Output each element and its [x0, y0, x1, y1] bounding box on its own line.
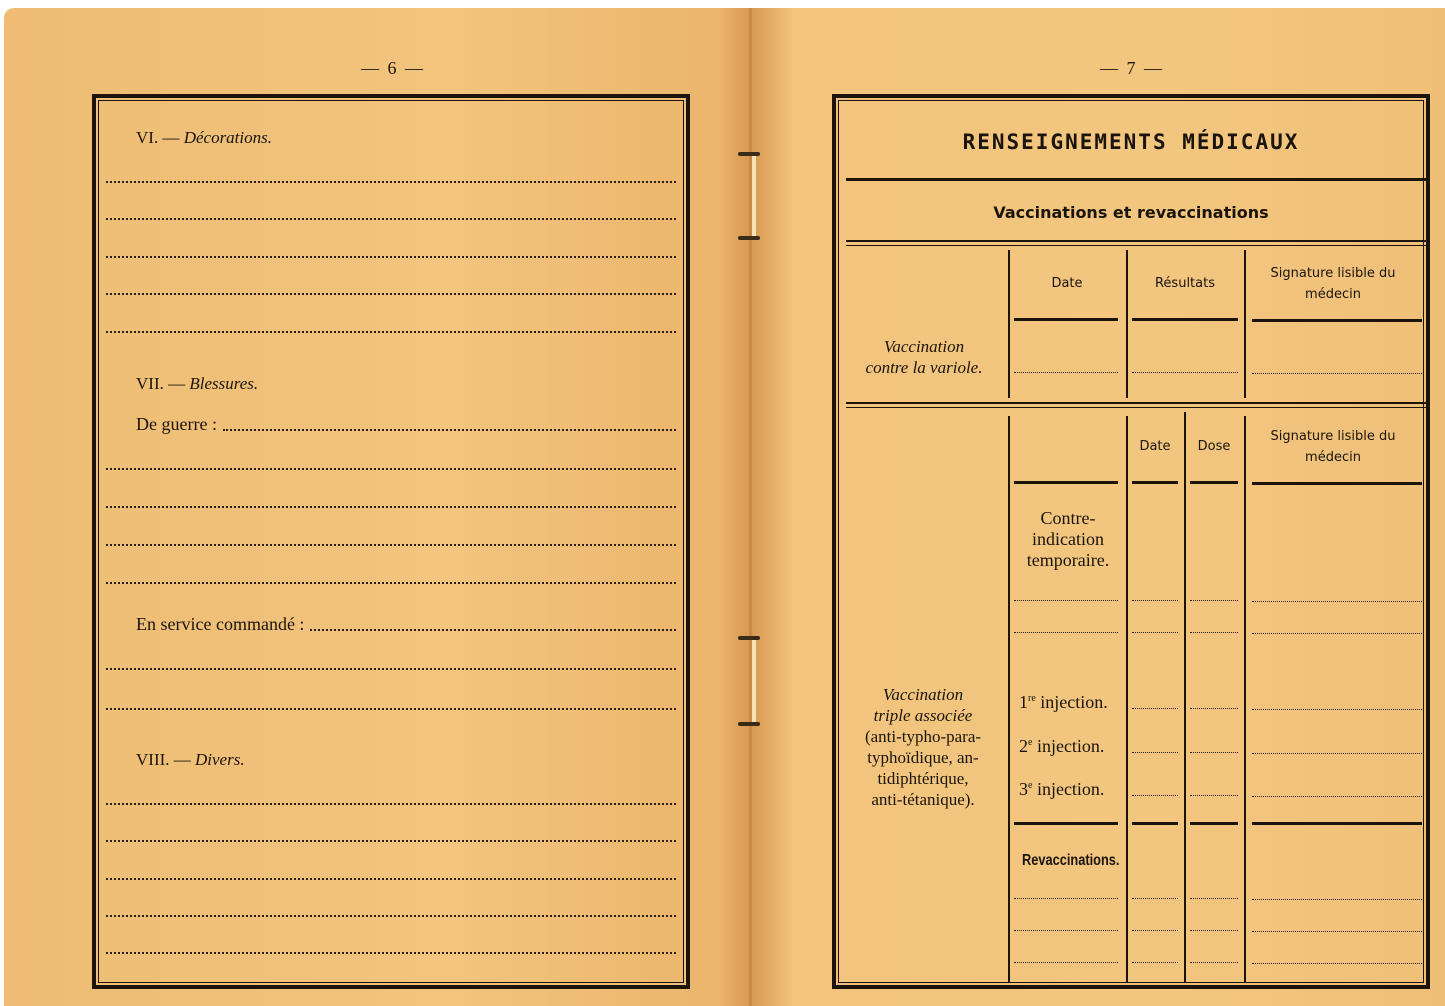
binding-stitch-icon — [738, 636, 760, 640]
row-label-line: Vaccination — [844, 336, 1004, 357]
section-blessures: VII. — Blessures. — [136, 374, 258, 394]
table-divider — [846, 407, 1426, 408]
section-decorations: VI. — Décorations. — [136, 128, 272, 148]
column-divider — [1244, 250, 1246, 398]
column-header-dose: Dose — [1186, 436, 1242, 457]
entry-line[interactable] — [1132, 600, 1178, 601]
header-underline — [1132, 318, 1238, 321]
revaccination-entry[interactable] — [1252, 963, 1422, 964]
entry-line[interactable] — [1014, 600, 1118, 601]
section-underline — [1014, 822, 1118, 825]
revaccination-entry[interactable] — [1014, 898, 1118, 899]
section-number: VII. — — [136, 374, 185, 393]
label-line: temporaire. — [1012, 550, 1124, 571]
section-number: VIII. — — [136, 750, 191, 769]
revaccination-entry[interactable] — [1014, 962, 1118, 963]
variole-signature-entry[interactable] — [1252, 373, 1422, 374]
section-underline — [1132, 822, 1178, 825]
revaccination-entry[interactable] — [1132, 962, 1178, 963]
injection-text: injection. — [1037, 736, 1104, 756]
header-underline — [1014, 481, 1118, 484]
en-service-commande-label: En service commandé : — [136, 614, 304, 635]
label-line: typhoïdique, an- — [840, 747, 1006, 768]
header-underline — [1252, 482, 1422, 485]
de-guerre-label: De guerre : — [136, 414, 217, 435]
section-label: Divers. — [195, 750, 245, 769]
revaccination-entry[interactable] — [1252, 931, 1422, 932]
table-divider — [846, 402, 1426, 404]
triple-vaccination-label: Vaccination triple associée (anti-typho-… — [840, 684, 1006, 810]
column-divider — [1008, 250, 1010, 398]
writing-line[interactable] — [106, 803, 676, 805]
column-divider — [1184, 412, 1186, 982]
revaccination-entry[interactable] — [1252, 899, 1422, 900]
injection-1-label: 1re injection. — [1019, 692, 1108, 713]
binding-stitch-icon — [738, 236, 760, 240]
header-underline — [1014, 318, 1118, 321]
section-label: Décorations. — [184, 128, 272, 147]
writing-line[interactable] — [106, 544, 676, 546]
injection-1-dose[interactable] — [1190, 708, 1238, 709]
row-label-line: contre la variole. — [844, 357, 1004, 378]
section-underline — [1252, 822, 1422, 825]
subtitle-divider — [846, 240, 1426, 242]
revaccination-entry[interactable] — [1132, 898, 1178, 899]
binding-thread — [752, 640, 756, 722]
column-divider — [1244, 416, 1246, 982]
section-subtitle: Vaccinations et revaccinations — [836, 203, 1426, 222]
label-line: triple associée — [840, 705, 1006, 726]
writing-line[interactable] — [106, 331, 676, 333]
injection-2-label: 2e injection. — [1019, 736, 1104, 757]
ordinal-suffix: e — [1028, 737, 1032, 748]
label-line: indication — [1012, 529, 1124, 550]
revaccination-entry[interactable] — [1132, 930, 1178, 931]
section-number: VI. — — [136, 128, 179, 147]
writing-line[interactable] — [106, 878, 676, 880]
subtitle-divider — [846, 245, 1426, 246]
revaccination-entry[interactable] — [1014, 930, 1118, 931]
writing-line[interactable] — [106, 506, 676, 508]
variole-date-entry[interactable] — [1014, 372, 1118, 373]
revaccination-entry[interactable] — [1190, 898, 1238, 899]
section-underline — [1190, 822, 1238, 825]
column-header-signature: Signature lisible du médecin — [1250, 263, 1416, 305]
label-line: Contre- — [1012, 508, 1124, 529]
injection-2-signature[interactable] — [1252, 753, 1422, 754]
writing-line[interactable] — [106, 256, 676, 258]
column-header-date: Date — [1012, 273, 1122, 294]
writing-line[interactable] — [106, 840, 676, 842]
variole-row-label: Vaccination contre la variole. — [844, 336, 1004, 378]
injection-number: 1 — [1019, 692, 1028, 712]
header-underline — [1132, 481, 1178, 484]
entry-line[interactable] — [1190, 632, 1238, 633]
revaccinations-label: Revaccinations. — [1022, 852, 1119, 870]
writing-line[interactable] — [106, 952, 676, 954]
column-divider — [1126, 416, 1128, 982]
injection-2-date[interactable] — [1132, 752, 1178, 753]
writing-line[interactable] — [106, 218, 676, 220]
label-line: anti-tétanique). — [840, 789, 1006, 810]
writing-line[interactable] — [106, 708, 676, 710]
column-divider — [1008, 416, 1010, 982]
writing-line[interactable] — [106, 668, 676, 670]
entry-line[interactable] — [1252, 633, 1422, 634]
entry-line[interactable] — [1190, 600, 1238, 601]
binding-stitch-icon — [738, 152, 760, 156]
left-page-frame: VI. — Décorations. VII. — Blessures. De … — [92, 94, 690, 989]
injection-1-signature[interactable] — [1252, 709, 1422, 710]
writing-line[interactable] — [106, 582, 676, 584]
injection-3-signature[interactable] — [1252, 796, 1422, 797]
section-divers: VIII. — Divers. — [136, 750, 245, 770]
injection-3-date[interactable] — [1132, 795, 1178, 796]
column-header-resultats: Résultats — [1130, 273, 1240, 294]
page-number-left: — 6 — — [333, 58, 453, 79]
injection-2-dose[interactable] — [1190, 752, 1238, 753]
injection-1-date[interactable] — [1132, 708, 1178, 709]
de-guerre-input-line[interactable] — [223, 429, 676, 431]
column-divider — [1126, 250, 1128, 398]
ordinal-suffix: e — [1028, 780, 1032, 791]
injection-number: 2 — [1019, 736, 1028, 756]
page-title: RENSEIGNEMENTS MÉDICAUX — [836, 130, 1426, 154]
revaccination-entry[interactable] — [1190, 962, 1238, 963]
writing-line[interactable] — [106, 468, 676, 470]
page-number-right: — 7 — — [1072, 58, 1192, 79]
right-page-frame: RENSEIGNEMENTS MÉDICAUX Vaccinations et … — [832, 94, 1430, 989]
injection-text: injection. — [1037, 779, 1104, 799]
header-underline — [1190, 481, 1238, 484]
variole-resultats-entry[interactable] — [1132, 372, 1238, 373]
contre-indication-label: Contre- indication temporaire. — [1012, 508, 1124, 571]
label-line: Vaccination — [840, 684, 1006, 705]
label-line: tidiphtérique, — [840, 768, 1006, 789]
injection-3-dose[interactable] — [1190, 795, 1238, 796]
writing-line[interactable] — [106, 181, 676, 183]
en-service-commande-field[interactable]: En service commandé : — [136, 614, 676, 635]
binding-stitch-icon — [738, 722, 760, 726]
entry-line[interactable] — [1014, 632, 1118, 633]
title-divider — [846, 178, 1426, 181]
injection-number: 3 — [1019, 779, 1028, 799]
en-service-commande-input-line[interactable] — [310, 629, 676, 631]
injection-3-label: 3e injection. — [1019, 779, 1104, 800]
binding-thread — [752, 156, 756, 236]
ordinal-suffix: re — [1028, 693, 1036, 704]
de-guerre-field[interactable]: De guerre : — [136, 414, 676, 435]
entry-line[interactable] — [1252, 601, 1422, 602]
section-label: Blessures. — [189, 374, 258, 393]
injection-text: injection. — [1040, 692, 1107, 712]
label-line: (anti-typho-para- — [840, 726, 1006, 747]
writing-line[interactable] — [106, 915, 676, 917]
header-underline — [1252, 319, 1422, 322]
column-header-signature: Signature lisible du médecin — [1250, 426, 1416, 468]
revaccination-entry[interactable] — [1190, 930, 1238, 931]
column-header-date: Date — [1128, 436, 1182, 457]
writing-line[interactable] — [106, 293, 676, 295]
entry-line[interactable] — [1132, 632, 1178, 633]
